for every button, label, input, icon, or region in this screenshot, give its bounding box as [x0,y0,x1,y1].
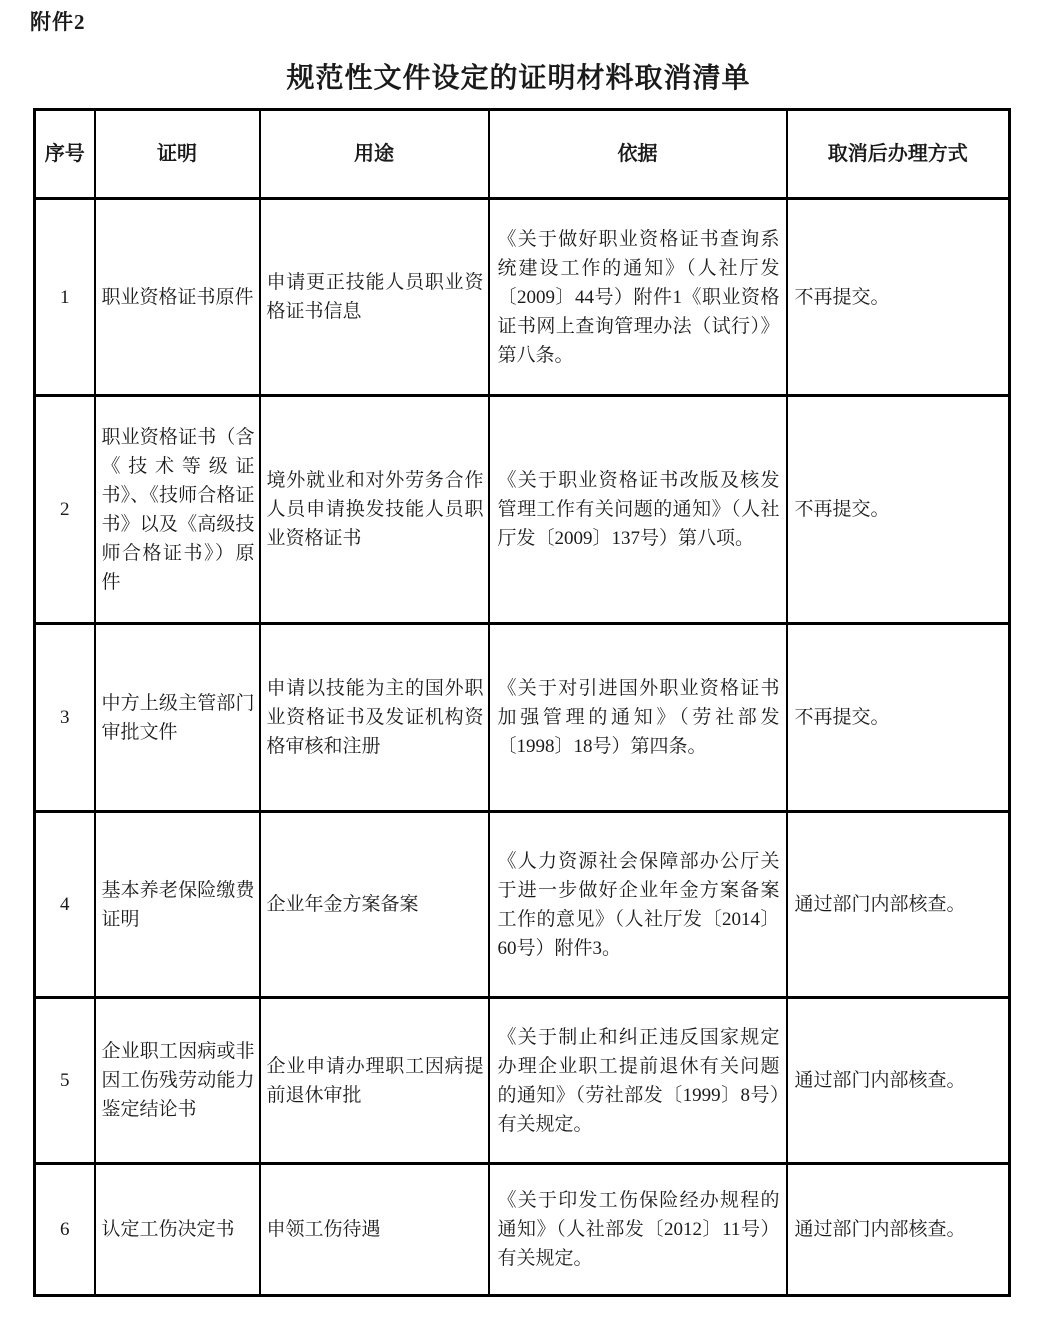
cancellation-list-table: 序号 证明 用途 依据 取消后办理方式 1 职业资格证书原件 申请更正技能人员职… [33,108,1011,1297]
header-cell-basis: 依据 [489,110,787,199]
cell-number: 1 [35,199,95,396]
table-row: 3 中方上级主管部门审批文件 申请以技能为主的国外职业资格证书及发证机构资格审核… [35,624,1010,812]
cell-certificate: 中方上级主管部门审批文件 [95,624,260,812]
table-header-row: 序号 证明 用途 依据 取消后办理方式 [35,110,1010,199]
cell-purpose: 申请以技能为主的国外职业资格证书及发证机构资格审核和注册 [260,624,489,812]
cell-certificate: 企业职工因病或非因工伤残劳动能力鉴定结论书 [95,998,260,1164]
table-row: 1 职业资格证书原件 申请更正技能人员职业资格证书信息 《关于做好职业资格证书查… [35,199,1010,396]
cell-purpose: 申领工伤待遇 [260,1164,489,1296]
header-cell-certificate: 证明 [95,110,260,199]
cell-purpose: 境外就业和对外劳务合作人员申请换发技能人员职业资格证书 [260,396,489,624]
cell-number: 2 [35,396,95,624]
cell-method: 不再提交。 [787,624,1010,812]
header-cell-number: 序号 [35,110,95,199]
cell-method: 通过部门内部核查。 [787,1164,1010,1296]
cell-basis: 《人力资源社会保障部办公厅关于进一步做好企业年金方案备案工作的意见》（人社厅发〔… [489,812,787,998]
table-row: 2 职业资格证书（含《技术等级证书》、《技师合格证书》以及《高级技师合格证书》）… [35,396,1010,624]
cell-basis: 《关于职业资格证书改版及核发管理工作有关问题的通知》（人社厅发〔2009〕137… [489,396,787,624]
table-row: 5 企业职工因病或非因工伤残劳动能力鉴定结论书 企业申请办理职工因病提前退休审批… [35,998,1010,1164]
attachment-label: 附件2 [30,6,86,36]
table-row: 6 认定工伤决定书 申领工伤待遇 《关于印发工伤保险经办规程的通知》（人社部发〔… [35,1164,1010,1296]
cell-number: 4 [35,812,95,998]
header-cell-purpose: 用途 [260,110,489,199]
cell-basis: 《关于印发工伤保险经办规程的通知》（人社部发〔2012〕11号）有关规定。 [489,1164,787,1296]
cell-certificate: 职业资格证书（含《技术等级证书》、《技师合格证书》以及《高级技师合格证书》）原件 [95,396,260,624]
cell-number: 6 [35,1164,95,1296]
cell-method: 不再提交。 [787,396,1010,624]
cell-method: 不再提交。 [787,199,1010,396]
cell-purpose: 申请更正技能人员职业资格证书信息 [260,199,489,396]
cell-method: 通过部门内部核查。 [787,812,1010,998]
cell-number: 3 [35,624,95,812]
page-title: 规范性文件设定的证明材料取消清单 [0,56,1037,96]
document-page: 附件2 规范性文件设定的证明材料取消清单 序号 证明 用途 依据 取消后办理方式… [0,0,1037,1323]
cell-method: 通过部门内部核查。 [787,998,1010,1164]
cell-purpose: 企业申请办理职工因病提前退休审批 [260,998,489,1164]
header-cell-method: 取消后办理方式 [787,110,1010,199]
cell-certificate: 认定工伤决定书 [95,1164,260,1296]
table-row: 4 基本养老保险缴费证明 企业年金方案备案 《人力资源社会保障部办公厅关于进一步… [35,812,1010,998]
cell-purpose: 企业年金方案备案 [260,812,489,998]
cell-number: 5 [35,998,95,1164]
cell-certificate: 职业资格证书原件 [95,199,260,396]
cell-certificate: 基本养老保险缴费证明 [95,812,260,998]
cell-basis: 《关于做好职业资格证书查询系统建设工作的通知》（人社厅发〔2009〕44号）附件… [489,199,787,396]
cell-basis: 《关于制止和纠正违反国家规定办理企业职工提前退休有关问题的通知》（劳社部发〔19… [489,998,787,1164]
cell-basis: 《关于对引进国外职业资格证书加强管理的通知》（劳社部发〔1998〕18号）第四条… [489,624,787,812]
